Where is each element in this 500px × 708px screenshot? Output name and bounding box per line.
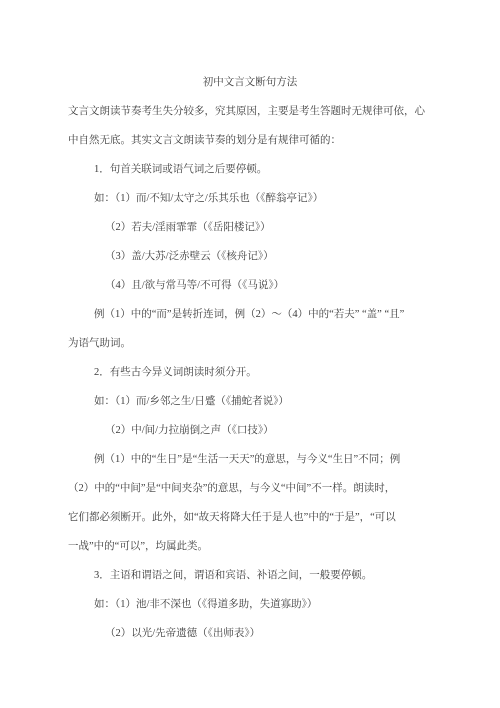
text-line: 它们都必须断开。此外，如“故天将降大任于是人也”中的“于是”，“可以 — [68, 503, 432, 532]
text-line: 为语气助词。 — [68, 329, 432, 358]
text-line: 1．句首关联词或语气词之后要停顿。 — [68, 155, 432, 184]
text-line: （2）中的“中间”是“中间夹杂”的意思，与今义“中间”不一样。朗读时， — [68, 474, 432, 503]
text-line: 中自然无底。其实文言文朗读节奏的划分是有规律可循的： — [68, 126, 432, 155]
text-line: （3）盖/大苏/泛赤壁云（《核舟记》） — [68, 242, 432, 271]
text-line: （2）以光/先帝遗德（《出师表》） — [68, 619, 432, 648]
text-line: （4）且/欲与常马等/不可得（《马说》） — [68, 271, 432, 300]
text-line: 如：（1）而/乡邻之生/日蹙（《捕蛇者说》） — [68, 387, 432, 416]
text-line: 例（1）中的“而”是转折连词，例（2）～（4）中的“若夫” “盖” “且” — [68, 300, 432, 329]
document-body: 文言文朗读节奏考生失分较多，究其原因，主要是考生答题时无规律可依，心中自然无底。… — [68, 97, 432, 648]
text-line: 2．有些古今异义词朗读时须分开。 — [68, 358, 432, 387]
text-line: 3．主语和谓语之间，谓语和宾语、补语之间，一般要停顿。 — [68, 561, 432, 590]
text-line: 如：（1）而/不知/太守之/乐其乐也（《醉翁亭记》） — [68, 184, 432, 213]
document-title: 初中文言文断句方法 — [68, 68, 432, 97]
text-line: （2）若夫/淫雨霏霏（《岳阳楼记》） — [68, 213, 432, 242]
text-line: 一战”中的“可以”，均属此类。 — [68, 532, 432, 561]
document-content: 初中文言文断句方法 文言文朗读节奏考生失分较多，究其原因，主要是考生答题时无规律… — [68, 68, 432, 648]
text-line: 例（1）中的“生日”是“生活一天天”的意思，与今义“生日”不同；例 — [68, 445, 432, 474]
text-line: 文言文朗读节奏考生失分较多，究其原因，主要是考生答题时无规律可依，心 — [68, 97, 432, 126]
text-line: 如：（1）池/非不深也（《得道多助，失道寡助》） — [68, 590, 432, 619]
text-line: （2）中/间/力拉崩倒之声（《口技》） — [68, 416, 432, 445]
document-page: 初中文言文断句方法 文言文朗读节奏考生失分较多，究其原因，主要是考生答题时无规律… — [0, 0, 500, 708]
